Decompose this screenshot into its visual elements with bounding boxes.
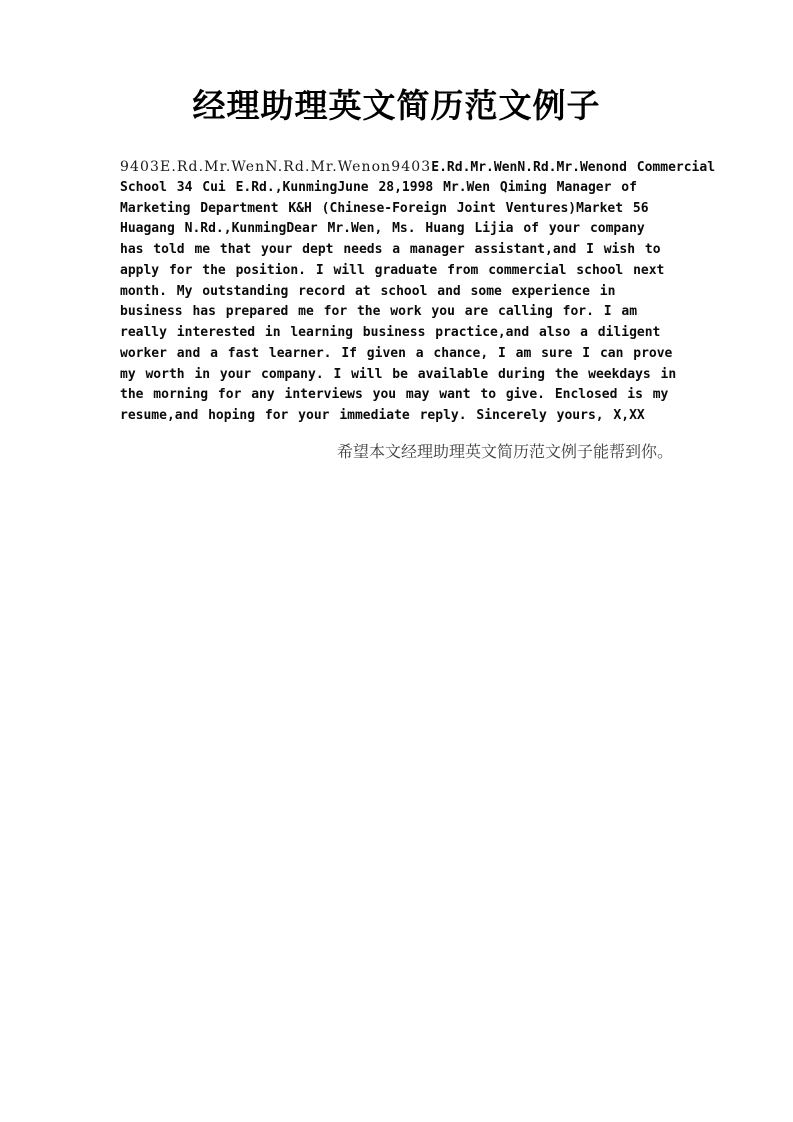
letter-line: has told me that your dept needs a manag…	[120, 240, 705, 261]
document-title: 经理助理英文简历范文例子	[0, 85, 793, 129]
letter-line: Marketing Department K&H (Chinese-Foreig…	[120, 199, 705, 220]
letter-line: worker and a fast learner. If given a ch…	[120, 344, 705, 365]
letter-line: 9403E.Rd.Mr.WenN.Rd.Mr.Wenon9403E.Rd.Mr.…	[120, 157, 705, 178]
letter-line: my worth in your company. I will be avai…	[120, 365, 705, 386]
letter-line: the morning for any interviews you may w…	[120, 385, 705, 406]
letter-line: business has prepared me for the work yo…	[120, 302, 705, 323]
letter-line: School 34 Cui E.Rd.,KunmingJune 28,1998 …	[120, 178, 705, 199]
letter-line: month. My outstanding record at school a…	[120, 282, 705, 303]
letter-line: really interested in learning business p…	[120, 323, 705, 344]
letter-line: apply for the position. I will graduate …	[120, 261, 705, 282]
letter-line: Huagang N.Rd.,KunmingDear Mr.Wen, Ms. Hu…	[120, 219, 705, 240]
letter-line: resume,and hoping for your immediate rep…	[120, 406, 705, 427]
document-page: 经理助理英文简历范文例子 9403E.Rd.Mr.WenN.Rd.Mr.Weno…	[0, 0, 793, 1122]
letter-intro-regular: 9403E.Rd.Mr.WenN.Rd.Mr.Wenon9403	[120, 159, 431, 175]
letter-body: 9403E.Rd.Mr.WenN.Rd.Mr.Wenon9403E.Rd.Mr.…	[120, 157, 705, 427]
letter-intro-bold: E.Rd.Mr.WenN.Rd.Mr.Wenond Commercial	[431, 160, 715, 175]
closing-note: 希望本文经理助理英文简历范文例子能帮到你。	[120, 443, 673, 463]
